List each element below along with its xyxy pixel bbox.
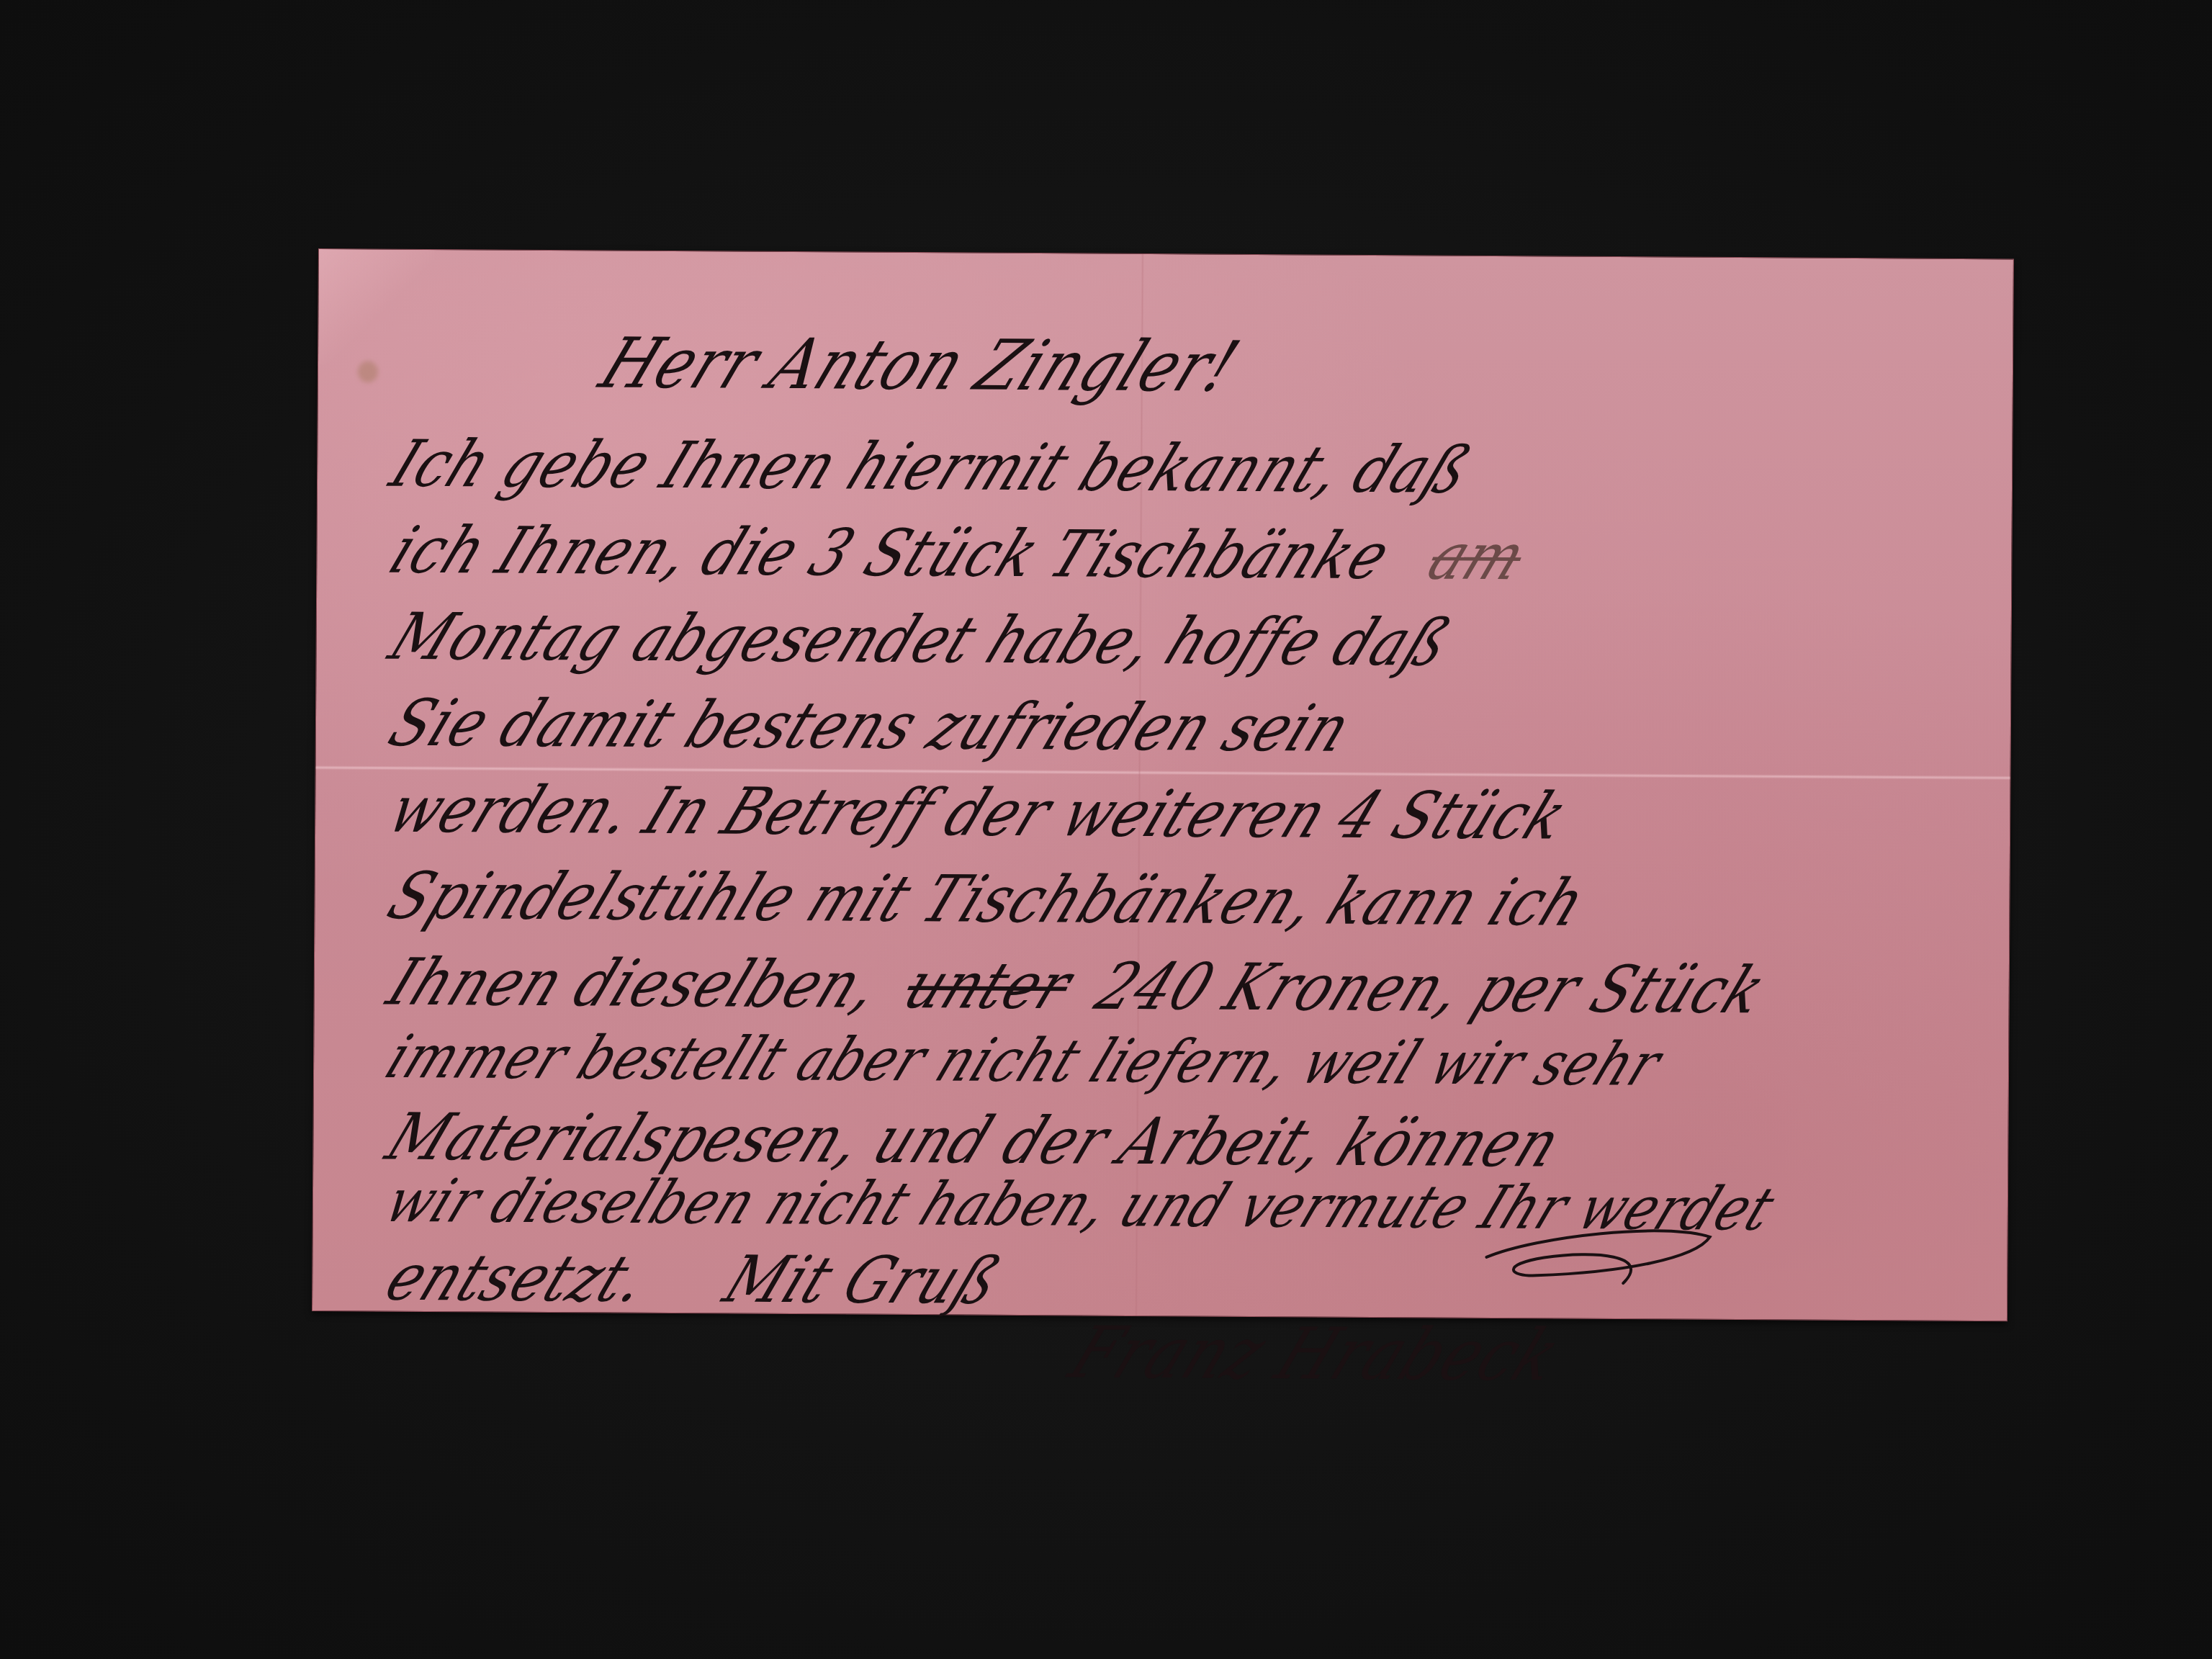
letter-line-5: werden. In Betreff der weiteren 4 Stück bbox=[380, 778, 1576, 849]
letter-line-8: immer bestellt aber nicht liefern, weil … bbox=[379, 1027, 1670, 1094]
letter-sheet: Herr Anton Zingler! Ich gebe Ihnen hierm… bbox=[312, 248, 2014, 1321]
closing: Mit Gruß bbox=[716, 1248, 1010, 1314]
letter-line-2-struck-word: am bbox=[1418, 520, 1537, 595]
salutation: Herr Anton Zingler! bbox=[592, 328, 1249, 402]
letter-line-4: Sie damit bestens zufrieden sein bbox=[381, 691, 1359, 762]
letter-line-7-prefix: Ihnen dieselben, bbox=[377, 945, 891, 1022]
signature: Franz Hrabeck bbox=[1061, 1318, 1570, 1392]
letter-line-3: Montag abgesendet habe, hoffe daß bbox=[381, 605, 1459, 675]
signature-flourish-icon bbox=[1479, 1207, 1725, 1295]
letter-line-6: Spindelstühle mit Tischbänken, kann ich bbox=[379, 864, 1594, 936]
photo-background: Herr Anton Zingler! Ich gebe Ihnen hierm… bbox=[0, 0, 2212, 1659]
letter-line-2: ich Ihnen, die 3 Stück Tischbänke am bbox=[382, 518, 1534, 590]
letter-line-7-struck-word: unter bbox=[894, 949, 1083, 1025]
letter-body: Herr Anton Zingler! Ich gebe Ihnen hierm… bbox=[313, 249, 2013, 1321]
letter-line-2-text: ich Ihnen, die 3 Stück Tischbänke bbox=[379, 513, 1401, 594]
letter-line-1: Ich gebe Ihnen hiermit bekannt, daß bbox=[382, 432, 1480, 503]
letter-line-7: Ihnen dieselben, unter 240 Kronen, per S… bbox=[379, 950, 1774, 1023]
letter-line-7-suffix: 240 Kronen, per Stück bbox=[1085, 950, 1776, 1028]
letter-line-11: entsetzt. bbox=[377, 1246, 657, 1312]
